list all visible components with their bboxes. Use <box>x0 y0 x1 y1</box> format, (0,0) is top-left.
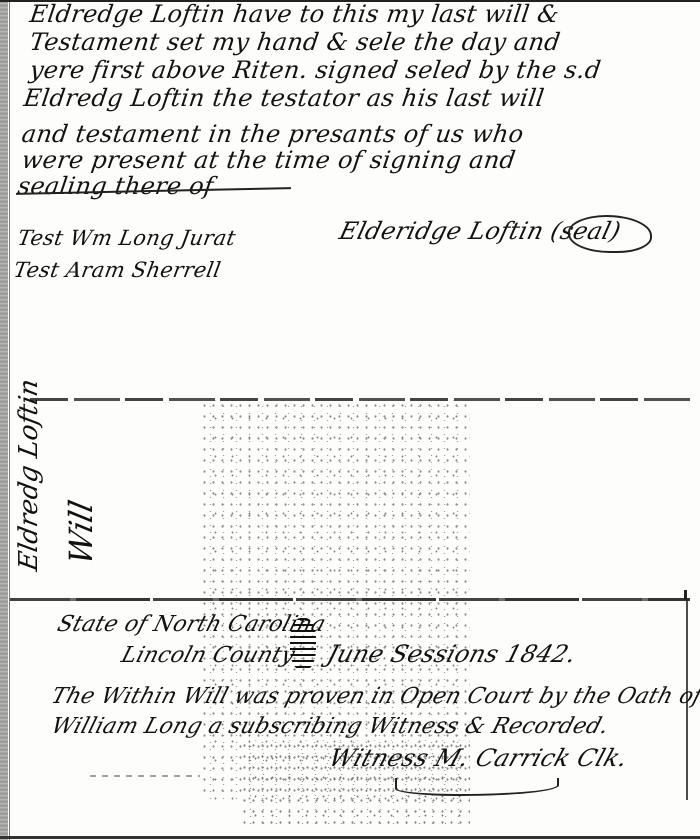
clerk-flourish-icon <box>395 778 559 796</box>
clerk-signature: Witness M. Carrick Clk. <box>325 744 631 772</box>
will-body-line-1: Eldredge Loftin have to this my last wil… <box>28 0 561 28</box>
will-body-line-3: yere first above Riten. signed seled by … <box>28 56 603 84</box>
left-page-edge <box>9 0 10 840</box>
fold-line-lower <box>10 598 690 601</box>
probate-session: June Sessions 1842. <box>324 640 580 668</box>
seal-flourish-icon <box>568 215 652 253</box>
will-body-line-5: and testament in the presants of us who <box>20 120 525 148</box>
margin-note-name: Eldredg Loftin <box>14 377 44 574</box>
bottom-page-edge <box>0 836 700 839</box>
will-body-line-2: Testament set my hand & sele the day and <box>28 28 562 56</box>
probate-state: State of North Carolina <box>54 612 328 637</box>
will-body-line-7: sealing there of <box>16 172 215 200</box>
witness-2: Test Aram Sherrell <box>12 258 223 282</box>
scan-edge-artifact <box>0 0 8 840</box>
fold-line-upper <box>30 398 695 401</box>
faint-dash-line <box>90 775 200 777</box>
will-body-line-4: Eldredg Loftin the testator as his last … <box>22 84 546 112</box>
fold-corner <box>684 590 687 600</box>
probate-county: Lincoln County <box>118 643 297 668</box>
probate-statement-line-1: The Within Will was proven in Open Court… <box>48 684 700 709</box>
witness-1: Test Wm Long Jurat <box>16 226 238 250</box>
probate-statement-line-2: William Long a subscribing Witness & Rec… <box>48 714 611 739</box>
scanned-document-page: Eldredge Loftin have to this my last wil… <box>0 0 700 840</box>
margin-note-label: Will <box>62 497 100 568</box>
will-body-line-6: were present at the time of signing and <box>20 146 517 174</box>
brace-icon <box>290 618 316 670</box>
